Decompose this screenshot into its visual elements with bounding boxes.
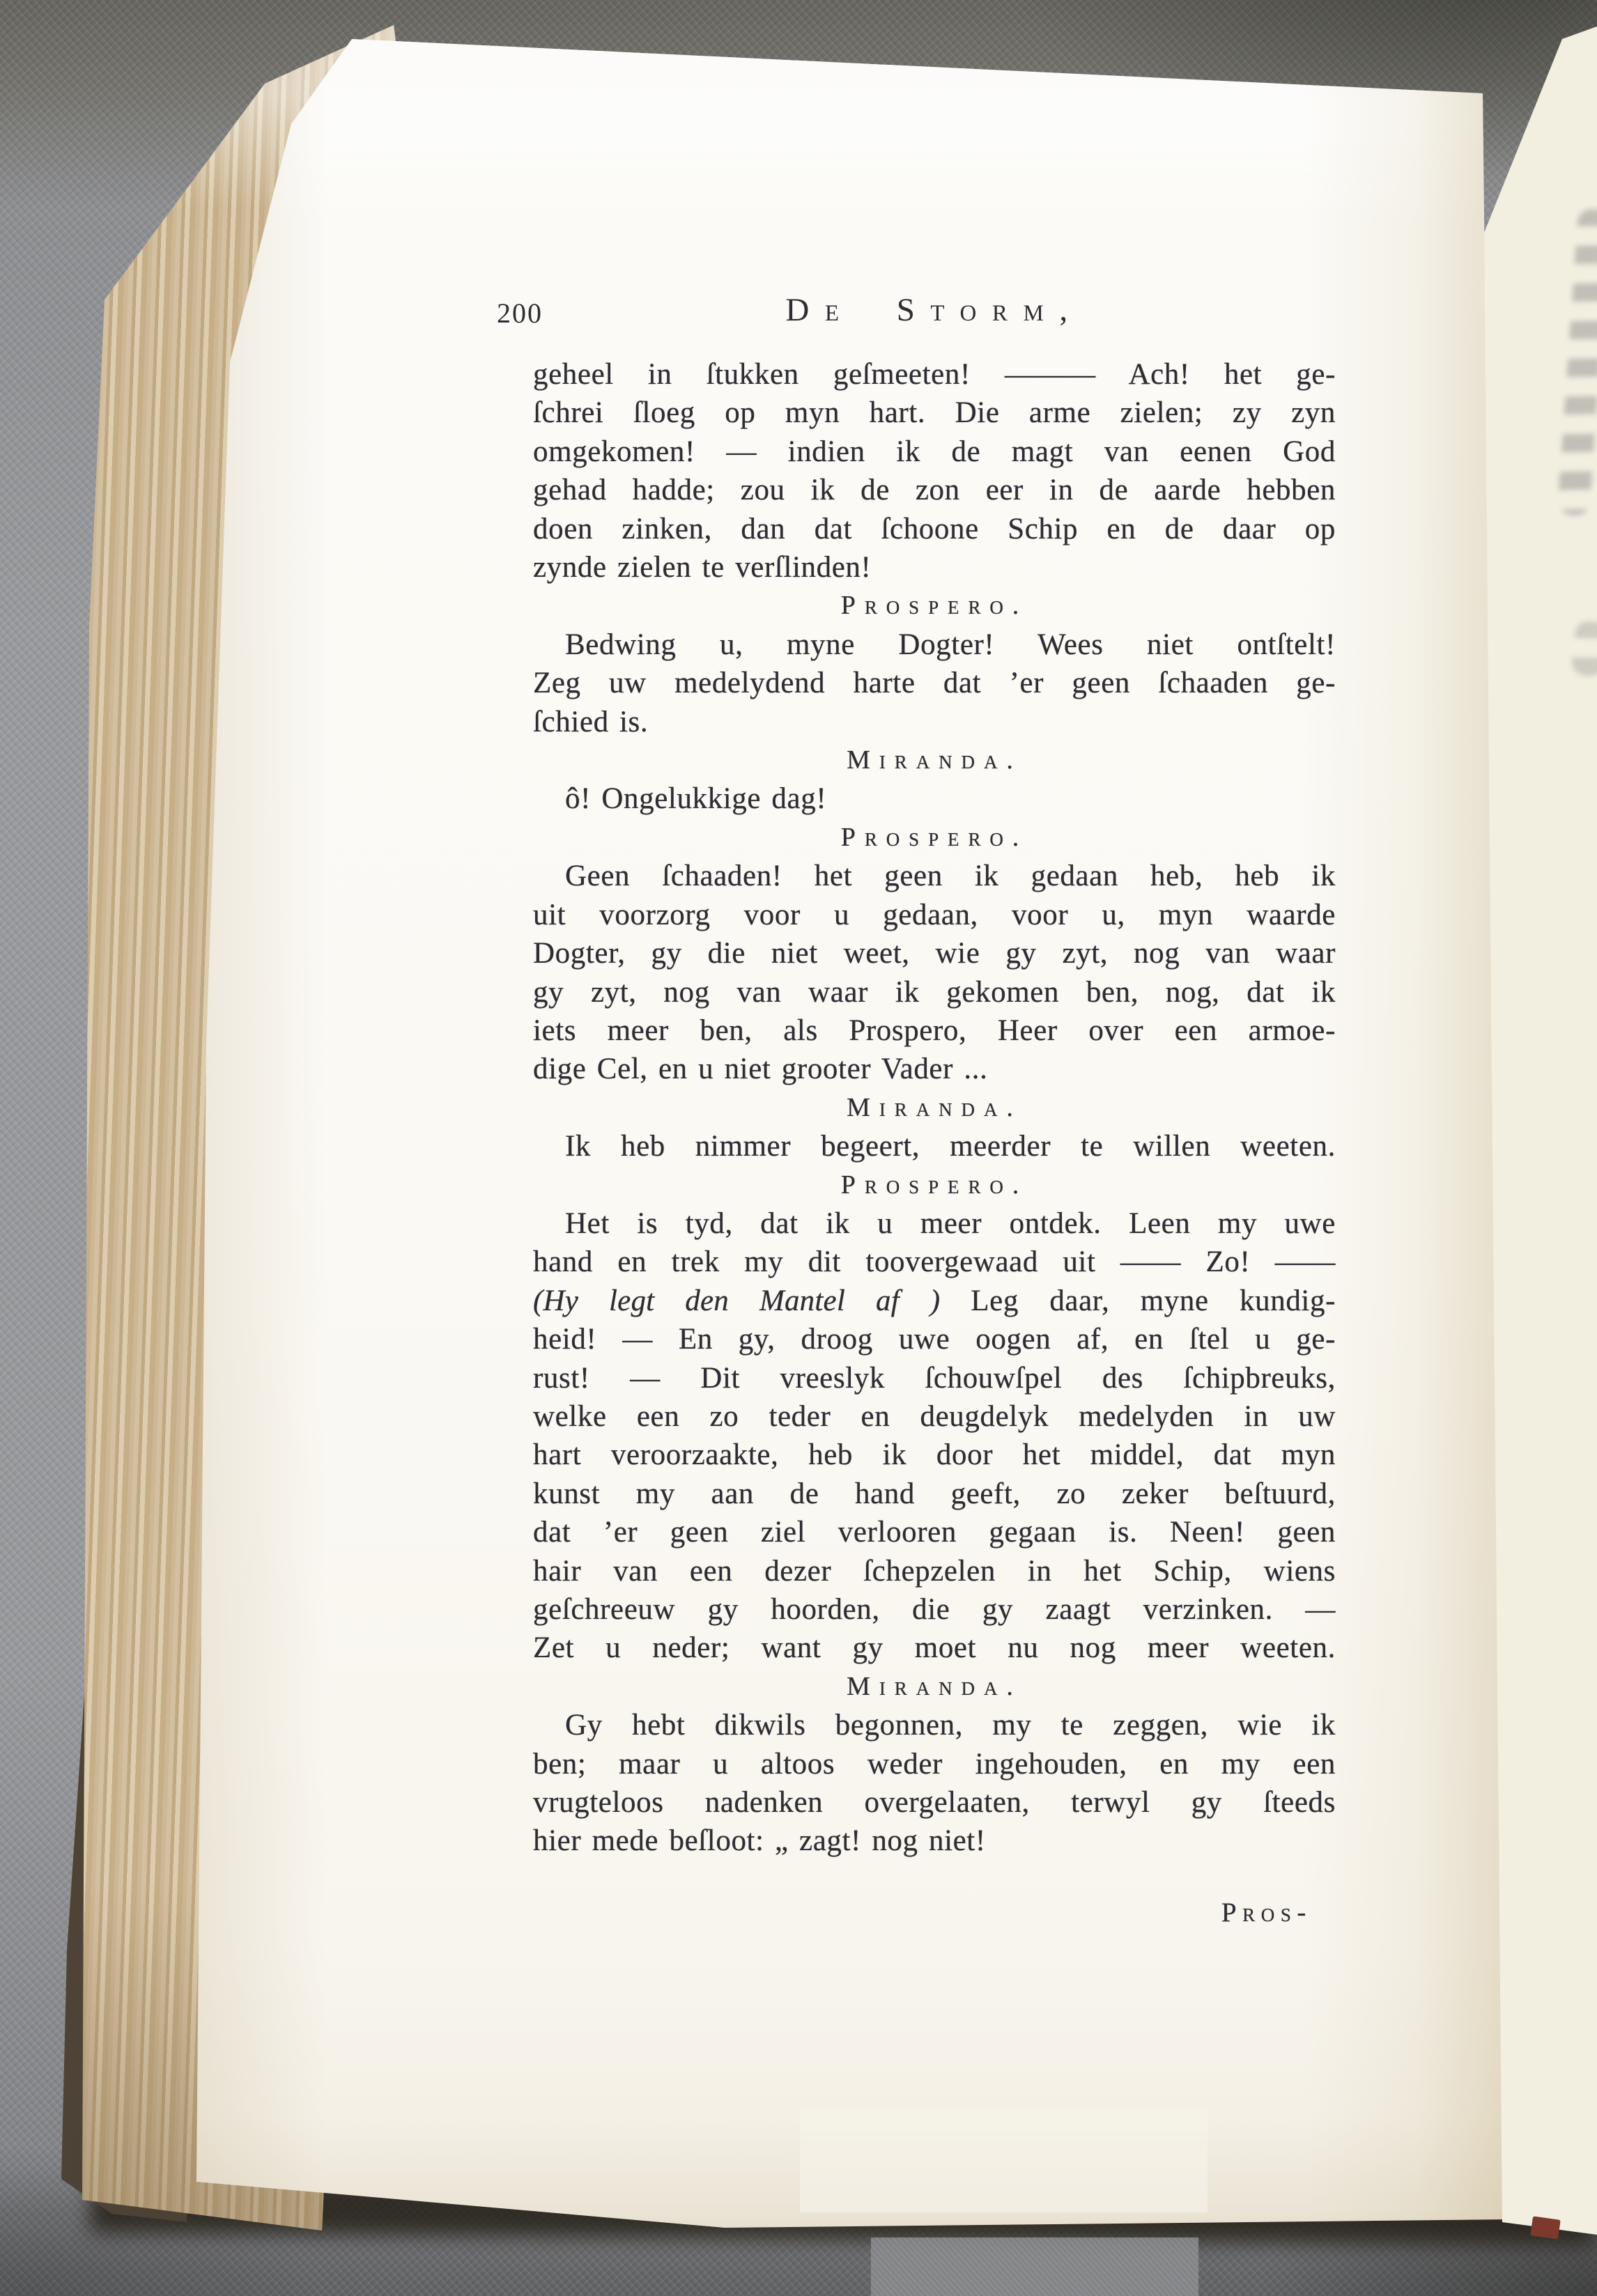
page-header: 200 De Storm, xyxy=(533,291,1336,336)
text-line: uit voorzorg voor u gedaan, voor u, myn … xyxy=(533,896,1336,934)
text-line: kunst my aan de hand geeft, zo zeker beſ… xyxy=(533,1475,1336,1513)
retouch-patch xyxy=(871,2237,1198,2296)
text-line: vrugteloos nadenken overgelaaten, terwyl… xyxy=(533,1783,1336,1822)
text-line: ô! Ongelukkige dag! xyxy=(533,779,1336,818)
ink-showthrough xyxy=(1571,620,1597,677)
page-number: 200 xyxy=(497,297,543,329)
text-line: gehad hadde; zou ik de zon eer in de aar… xyxy=(533,471,1336,509)
text-line: dige Cel, en u niet grooter Vader ... xyxy=(533,1050,1336,1088)
text-line: hand en trek my dit toovergewaad uit —— … xyxy=(533,1243,1336,1281)
speaker-heading: Miranda. xyxy=(533,1668,1336,1706)
running-title: De Storm, xyxy=(533,291,1336,329)
speaker-heading: Prospero. xyxy=(533,587,1336,625)
text-line: hart veroorzaakte, heb ik door het midde… xyxy=(533,1436,1336,1474)
text-line: rust! — Dit vreeslyk ſchouwſpel des ſchi… xyxy=(533,1359,1336,1397)
text-line: gy zyt, nog van waar ik gekomen ben, nog… xyxy=(533,973,1336,1011)
text-line: doen zinken, dan dat ſchoone Schip en de… xyxy=(533,510,1336,548)
text-line: Zeg uw medelydend harte dat ’er geen ſch… xyxy=(533,664,1336,702)
printed-content: 200 De Storm, geheel in ſtukken geſmeete… xyxy=(0,0,1597,2296)
text-line: geſchreeuw gy hoorden, die gy zaagt verz… xyxy=(533,1590,1336,1629)
text-line: Ik heb nimmer begeert, meerder te willen… xyxy=(533,1127,1336,1165)
text-line: ſchrei ſloeg op myn hart. Die arme ziele… xyxy=(533,394,1336,432)
text-line: zynde zielen te verſlinden! xyxy=(533,548,1336,587)
speaker-heading: Prospero. xyxy=(533,819,1336,857)
text-line: hier mede beſloot: „ zagt! nog niet! xyxy=(533,1822,1336,1860)
text-line: Geen ſchaaden! het geen ik gedaan heb, h… xyxy=(533,857,1336,895)
text-line: geheel in ſtukken geſmeeten! ——— Ach! he… xyxy=(533,355,1336,394)
speaker-heading: Prospero. xyxy=(533,1166,1336,1204)
text-line: welke een zo teder en deugdelyk medelyde… xyxy=(533,1397,1336,1436)
speaker-heading: Miranda. xyxy=(533,741,1336,779)
text-lines: geheel in ſtukken geſmeeten! ——— Ach! he… xyxy=(533,355,1336,1861)
text-line: Het is tyd, dat ik u meer ontdek. Leen m… xyxy=(533,1204,1336,1243)
text-line: ſchied is. xyxy=(533,703,1336,741)
text-line: (Hy legt den Mantel af ) Leg daar, myne … xyxy=(533,1282,1336,1320)
speaker-heading: Miranda. xyxy=(533,1089,1336,1127)
text-line: heid! — En gy, droog uwe oogen af, en ſt… xyxy=(533,1320,1336,1358)
text-line: dat ’er geen ziel verlooren gegaan is. N… xyxy=(533,1513,1336,1551)
text-line: Dogter, gy die niet weet, wie gy zyt, no… xyxy=(533,934,1336,972)
retouch-patch xyxy=(800,2108,1208,2212)
left-page: 200 De Storm, geheel in ſtukken geſmeete… xyxy=(0,0,1597,2296)
binding-ribbon-tip xyxy=(1530,2216,1561,2239)
text-line: ben; maar u altoos weder ingehouden, en … xyxy=(533,1745,1336,1783)
text-line: Gy hebt dikwils begonnen, my te zeggen, … xyxy=(533,1706,1336,1744)
ink-showthrough xyxy=(1557,208,1597,516)
text-line: Zet u neder; want gy moet nu nog meer we… xyxy=(533,1629,1336,1667)
text-line: hair van een dezer ſchepzelen in het Sch… xyxy=(533,1552,1336,1590)
book-photo: 200 De Storm, geheel in ſtukken geſmeete… xyxy=(0,0,1597,2296)
text-line: Bedwing u, myne Dogter! Wees niet ontſte… xyxy=(533,626,1336,664)
catchword: Pros- xyxy=(533,1897,1312,1928)
text-line: omgekomen! — indien ik de magt van eenen… xyxy=(533,433,1336,471)
text-line: iets meer ben, als Prospero, Heer over e… xyxy=(533,1011,1336,1050)
